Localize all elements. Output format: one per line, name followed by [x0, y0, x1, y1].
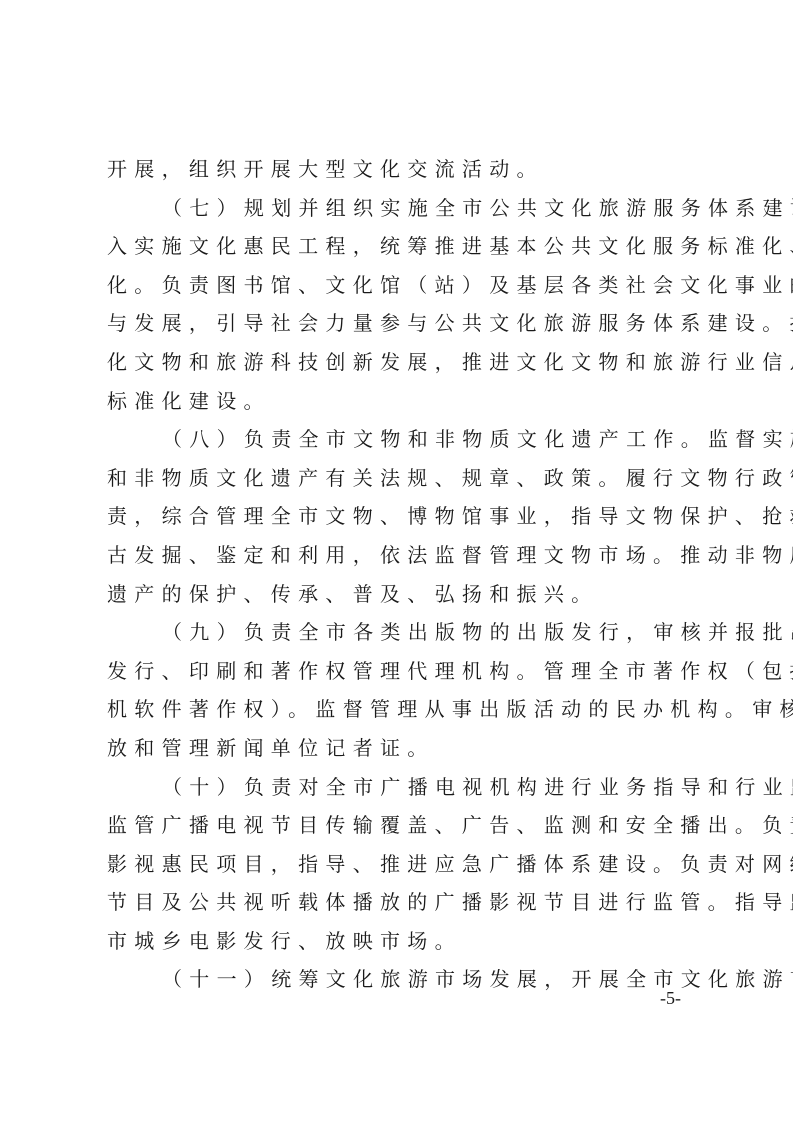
text-line: 与发展，引导社会力量参与公共文化旅游服务体系建设。推进文 — [107, 304, 697, 343]
text-line: （十）负责对全市广播电视机构进行业务指导和行业监管， — [107, 768, 697, 807]
text-line: 影视惠民项目，指导、推进应急广播体系建设。负责对网络视听 — [107, 845, 697, 884]
text-line: （七）规划并组织实施全市公共文化旅游服务体系建设。深 — [107, 189, 697, 228]
text-line: 遗产的保护、传承、普及、弘扬和振兴。 — [107, 575, 697, 614]
text-line: 节目及公共视听载体播放的广播影视节目进行监管。指导监管全 — [107, 883, 697, 922]
text-line: 放和管理新闻单位记者证。 — [107, 729, 697, 768]
text-line: 市城乡电影发行、放映市场。 — [107, 922, 697, 961]
text-line: （十一）统筹文化旅游市场发展，开展全市文化旅游市场综 — [107, 960, 697, 999]
text-line: 和非物质文化遗产有关法规、规章、政策。履行文物行政管理职 — [107, 459, 697, 498]
text-line: 化文物和旅游科技创新发展，推进文化文物和旅游行业信息化、 — [107, 343, 697, 382]
text-line: 监管广播电视节目传输覆盖、广告、监测和安全播出。负责广播 — [107, 806, 697, 845]
document-page: 开展，组织开展大型文化交流活动。 （七）规划并组织实施全市公共文化旅游服务体系建… — [0, 0, 793, 1122]
text-line: 古发掘、鉴定和利用，依法监督管理文物市场。推动非物质文化 — [107, 536, 697, 575]
text-line: 发行、印刷和著作权管理代理机构。管理全市著作权（包括计算 — [107, 652, 697, 691]
body-text: 开展，组织开展大型文化交流活动。 （七）规划并组织实施全市公共文化旅游服务体系建… — [107, 150, 697, 999]
text-line: 开展，组织开展大型文化交流活动。 — [107, 150, 697, 189]
page-number: -5- — [660, 988, 681, 1009]
text-line: 入实施文化惠民工程，统筹推进基本公共文化服务标准化、均等 — [107, 227, 697, 266]
text-line: 机软件著作权）。监督管理从事出版活动的民办机构。审核、发 — [107, 690, 697, 729]
text-line: 责，综合管理全市文物、博物馆事业，指导文物保护、抢救、考 — [107, 497, 697, 536]
text-line: （九）负责全市各类出版物的出版发行，审核并报批出版、 — [107, 613, 697, 652]
text-line: 化。负责图书馆、文化馆（站）及基层各类社会文化事业的建设 — [107, 266, 697, 305]
text-line: （八）负责全市文物和非物质文化遗产工作。监督实施文物 — [107, 420, 697, 459]
text-line: 标准化建设。 — [107, 382, 697, 421]
